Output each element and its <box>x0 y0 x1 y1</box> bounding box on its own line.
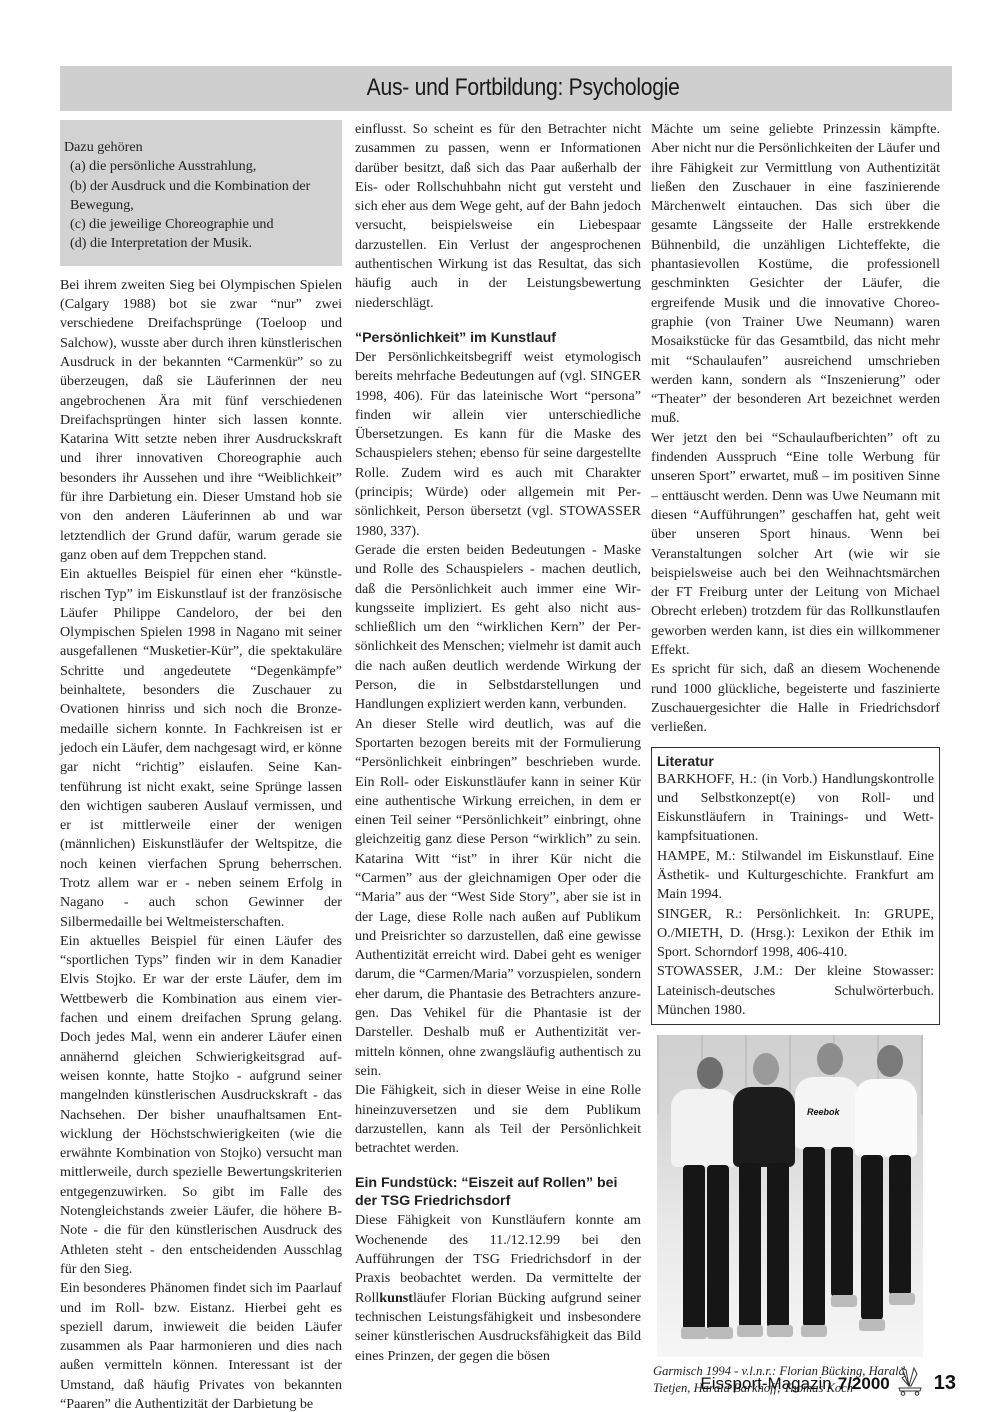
literature-entry: SINGER, R.: Persönlichkeit. In: GRUPE, O… <box>657 905 934 963</box>
left-column: Dazu gehören (a) die persönliche Ausstra… <box>60 120 342 1412</box>
emphasis-text: kunst <box>379 1290 413 1306</box>
literature-entry: STOWASSER, J.M.: Der kleine Stowasser: L… <box>657 962 934 1020</box>
criteria-item: (b) der Ausdruck und die Kombination der… <box>64 177 338 216</box>
page-footer: Eissport-Magazin 7/2000 13 <box>700 1366 956 1401</box>
criteria-box: Dazu gehören (a) die persönliche Ausstra… <box>60 120 342 266</box>
section-header-bar: Aus- und Fortbildung: Psychologie <box>60 66 952 111</box>
criteria-item: (d) die Interpretation der Musik. <box>64 234 338 253</box>
shirt-logo-text: Reebok <box>807 1103 840 1122</box>
section-title: Aus- und Fortbildung: Psychologie <box>367 74 680 102</box>
body-paragraph: Ein aktuelles Beispiel für einen Läufer … <box>60 932 342 1279</box>
literature-title: Literatur <box>657 752 934 770</box>
literature-entry: HAMPE, M.: Stilwandel im Eiskunstlauf. E… <box>657 847 934 905</box>
page-number: 13 <box>934 1372 956 1395</box>
body-paragraph: Bei ihrem zweiten Sieg bei Olympischen S… <box>60 276 342 565</box>
body-paragraph: Der Persönlichkeitsbegriff weist etymolo… <box>355 348 641 541</box>
criteria-intro: Dazu gehören <box>64 138 338 157</box>
magazine-name: Eissport-Magazin <box>700 1374 831 1394</box>
body-paragraph: An dieser Stelle wird deutlich, was auf … <box>355 715 641 1082</box>
literature-box: Literatur BARKHOFF, H.: (in Vorb.) Handl… <box>651 747 940 1026</box>
criteria-item: (a) die persönliche Ausstrahlung, <box>64 157 338 176</box>
body-paragraph: Gerade die ersten beiden Bedeutungen - M… <box>355 541 641 715</box>
literature-entry: BARKHOFF, H.: (in Vorb.) Handlungs­kontr… <box>657 770 934 847</box>
body-paragraph: einflusst. So scheint es für den Betrach… <box>355 120 641 313</box>
body-paragraph: Wer jetzt den bei “Schaulaufberichten” o… <box>651 429 940 661</box>
section-heading-fundstueck: Ein Fundstück: “Eiszeit auf Rollen” bei … <box>355 1174 641 1210</box>
body-paragraph: Es spricht für sich, daß an diesem Woche… <box>651 660 940 737</box>
body-paragraph: Ein aktuelles Beispiel für einen eher “k… <box>60 565 342 932</box>
body-paragraph: Ein besonderes Phänomen findet sich im P… <box>60 1279 342 1412</box>
issue-number: 7/2000 <box>838 1374 890 1394</box>
body-paragraph: Diese Fähigkeit von Kunstläufern konnte … <box>355 1211 641 1365</box>
body-paragraph: Die Fähigkeit, sich in dieser Weise in e… <box>355 1081 641 1158</box>
skate-leaf-logo-icon <box>896 1366 924 1401</box>
body-paragraph: Mächte um seine geliebte Prinzessin kämp… <box>651 120 940 429</box>
right-column: Mächte um seine geliebte Prinzessin kämp… <box>651 120 940 1396</box>
section-heading-persoenlichkeit: “Persönlichkeit” im Kunstlauf <box>355 329 641 347</box>
criteria-item: (c) die jeweilige Choreographie und <box>64 215 338 234</box>
middle-column: einflusst. So scheint es für den Betrach… <box>355 120 641 1366</box>
team-photo: Reebok <box>657 1035 923 1357</box>
